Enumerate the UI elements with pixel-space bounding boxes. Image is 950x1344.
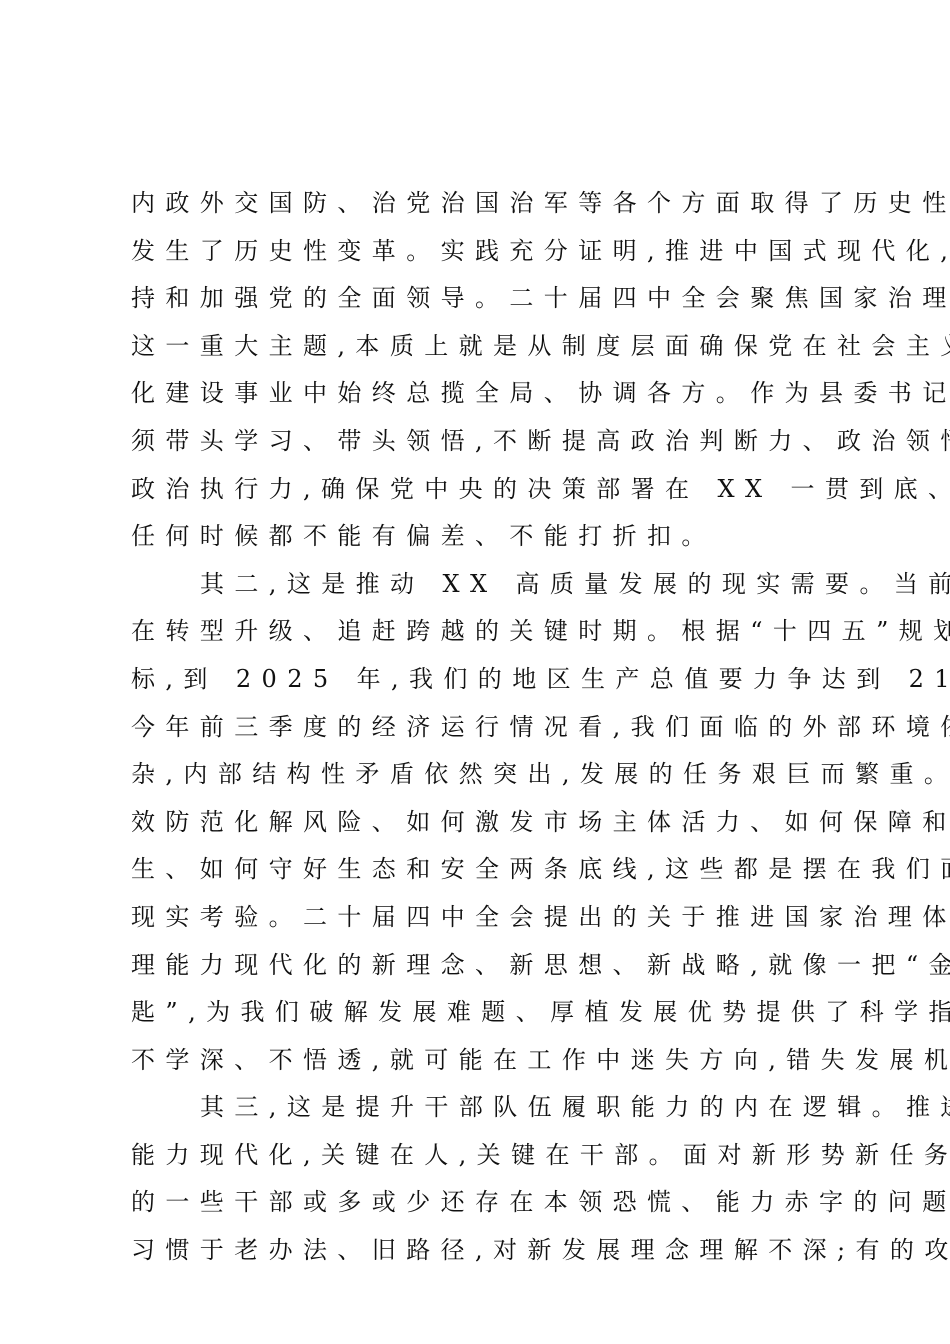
text-line: 习惯于老办法、旧路径,对新发展理念理解不深;有的攻坚克难 — [131, 1227, 827, 1275]
text-line: 杂,内部结构性矛盾依然突出,发展的任务艰巨而繁重。如何有 — [131, 751, 827, 799]
text-line: 生、如何守好生态和安全两条底线,这些都是摆在我们面前的 — [131, 846, 827, 894]
paragraph-3: 其三,这是提升干部队伍履职能力的内在逻辑。推进治理 能力现代化,关键在人,关键在… — [131, 1084, 827, 1274]
text-line: 任何时候都不能有偏差、不能打折扣。 — [131, 513, 827, 561]
text-line: 标,到 2025 年,我们的地区生产总值要力争达到 213 亿元。从 — [131, 656, 827, 704]
text-line: 政治执行力,确保党中央的决策部署在 XX 一贯到底、落地生根, — [131, 466, 827, 514]
text-line: 这一重大主题,本质上就是从制度层面确保党在社会主义现代 — [131, 323, 827, 371]
body-text: 内政外交国防、治党治国治军等各个方面取得了历史性成就、 发生了历史性变革。实践充… — [131, 180, 827, 1275]
text-line: 今年前三季度的经济运行情况看,我们面临的外部环境依然复 — [131, 704, 827, 752]
paragraph-2: 其二,这是推动 XX 高质量发展的现实需要。当前,XX 正处 在转型升级、追赶跨… — [131, 561, 827, 1085]
text-line: 发生了历史性变革。实践充分证明,推进中国式现代化,必须坚 — [131, 228, 827, 276]
text-line: 在转型升级、追赶跨越的关键时期。根据“十四五”规划的目 — [131, 608, 827, 656]
text-line: 效防范化解风险、如何激发市场主体活力、如何保障和改善民 — [131, 799, 827, 847]
text-line: 化建设事业中始终总揽全局、协调各方。作为县委书记,我必 — [131, 370, 827, 418]
text-line: 不学深、不悟透,就可能在工作中迷失方向,错失发展机遇。 — [131, 1037, 827, 1085]
text-line: 内政外交国防、治党治国治军等各个方面取得了历史性成就、 — [131, 180, 827, 228]
paragraph-1: 内政外交国防、治党治国治军等各个方面取得了历史性成就、 发生了历史性变革。实践充… — [131, 180, 827, 561]
text-line: 其二,这是推动 XX 高质量发展的现实需要。当前,XX 正处 — [131, 561, 827, 609]
text-line: 的一些干部或多或少还存在本领恐慌、能力赤字的问题。有的 — [131, 1179, 827, 1227]
text-line: 理能力现代化的新理念、新思想、新战略,就像一把“金钥 — [131, 942, 827, 990]
text-line: 能力现代化,关键在人,关键在干部。面对新形势新任务,我们 — [131, 1132, 827, 1180]
text-line: 现实考验。二十届四中全会提出的关于推进国家治理体系和治 — [131, 894, 827, 942]
document-page: 内政外交国防、治党治国治军等各个方面取得了历史性成就、 发生了历史性变革。实践充… — [0, 0, 950, 1344]
text-line: 须带头学习、带头领悟,不断提高政治判断力、政治领悟力、 — [131, 418, 827, 466]
text-line: 匙”,为我们破解发展难题、厚植发展优势提供了科学指引。 — [131, 989, 827, 1037]
text-line: 其三,这是提升干部队伍履职能力的内在逻辑。推进治理 — [131, 1084, 827, 1132]
text-line: 持和加强党的全面领导。二十届四中全会聚焦国家治理现代化 — [131, 275, 827, 323]
